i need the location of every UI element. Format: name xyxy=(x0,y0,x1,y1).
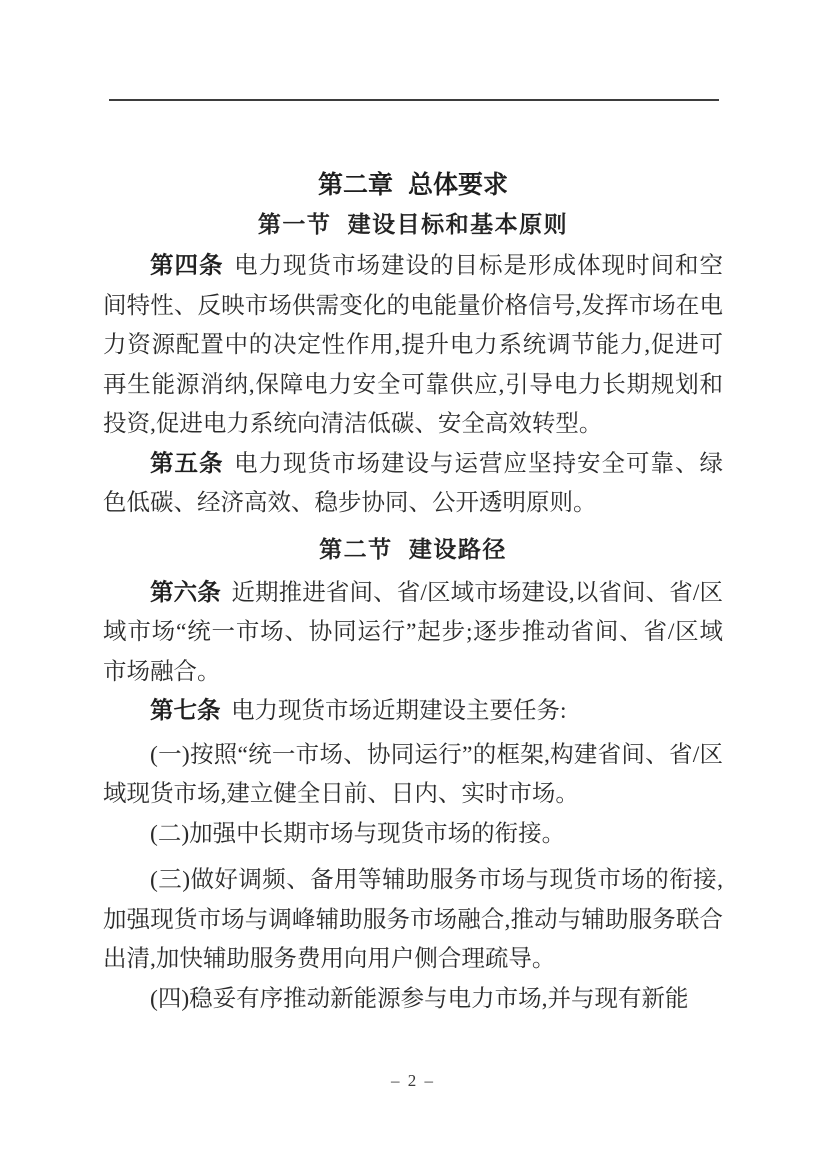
article-7-body: 电力现货市场近期建设主要任务: xyxy=(231,698,567,724)
article-7-paragraph: 第七条电力现货市场近期建设主要任务: xyxy=(103,692,723,732)
task-item-3: (三)做好调频、备用等辅助服务市场与现货市场的衔接,加强现货市场与调峰辅助服务市… xyxy=(103,861,723,980)
article-7-label: 第七条 xyxy=(150,698,221,724)
task-item-1: (一)按照“统一市场、协同运行”的框架,构建省间、省/区域现货市场,建立健全日前… xyxy=(103,736,723,815)
article-4-label: 第四条 xyxy=(150,253,224,279)
task-item-4: (四)稳妥有序推动新能源参与电力市场,并与现有新能 xyxy=(103,980,723,1020)
header-rule xyxy=(109,99,719,101)
article-5-label: 第五条 xyxy=(150,451,224,477)
article-5-paragraph: 第五条电力现货市场建设与运营应坚持安全可靠、绿色低碳、经济高效、稳步协同、公开透… xyxy=(103,445,723,524)
section-1-title: 第一节 建设目标和基本原则 xyxy=(103,205,723,245)
article-6-label: 第六条 xyxy=(150,580,221,606)
chapter-title: 第二章 总体要求 xyxy=(103,165,723,205)
task-item-2: (二)加强中长期市场与现货市场的衔接。 xyxy=(103,815,723,855)
page-content: 第二章 总体要求 第一节 建设目标和基本原则 第四条电力现货市场建设的目标是形成… xyxy=(0,99,826,1019)
article-6-paragraph: 第六条近期推进省间、省/区域市场建设,以省间、省/区域市场“统一市场、协同运行”… xyxy=(103,574,723,693)
article-4-paragraph: 第四条电力现货市场建设的目标是形成体现时间和空间特性、反映市场供需变化的电能量价… xyxy=(103,247,723,445)
document-page: 第二章 总体要求 第一节 建设目标和基本原则 第四条电力现货市场建设的目标是形成… xyxy=(0,0,826,1169)
page-number: – 2 – xyxy=(0,1070,826,1092)
article-4-body: 电力现货市场建设的目标是形成体现时间和空间特性、反映市场供需变化的电能量价格信号… xyxy=(103,253,723,437)
section-2-title: 第二节 建设路径 xyxy=(103,530,723,570)
